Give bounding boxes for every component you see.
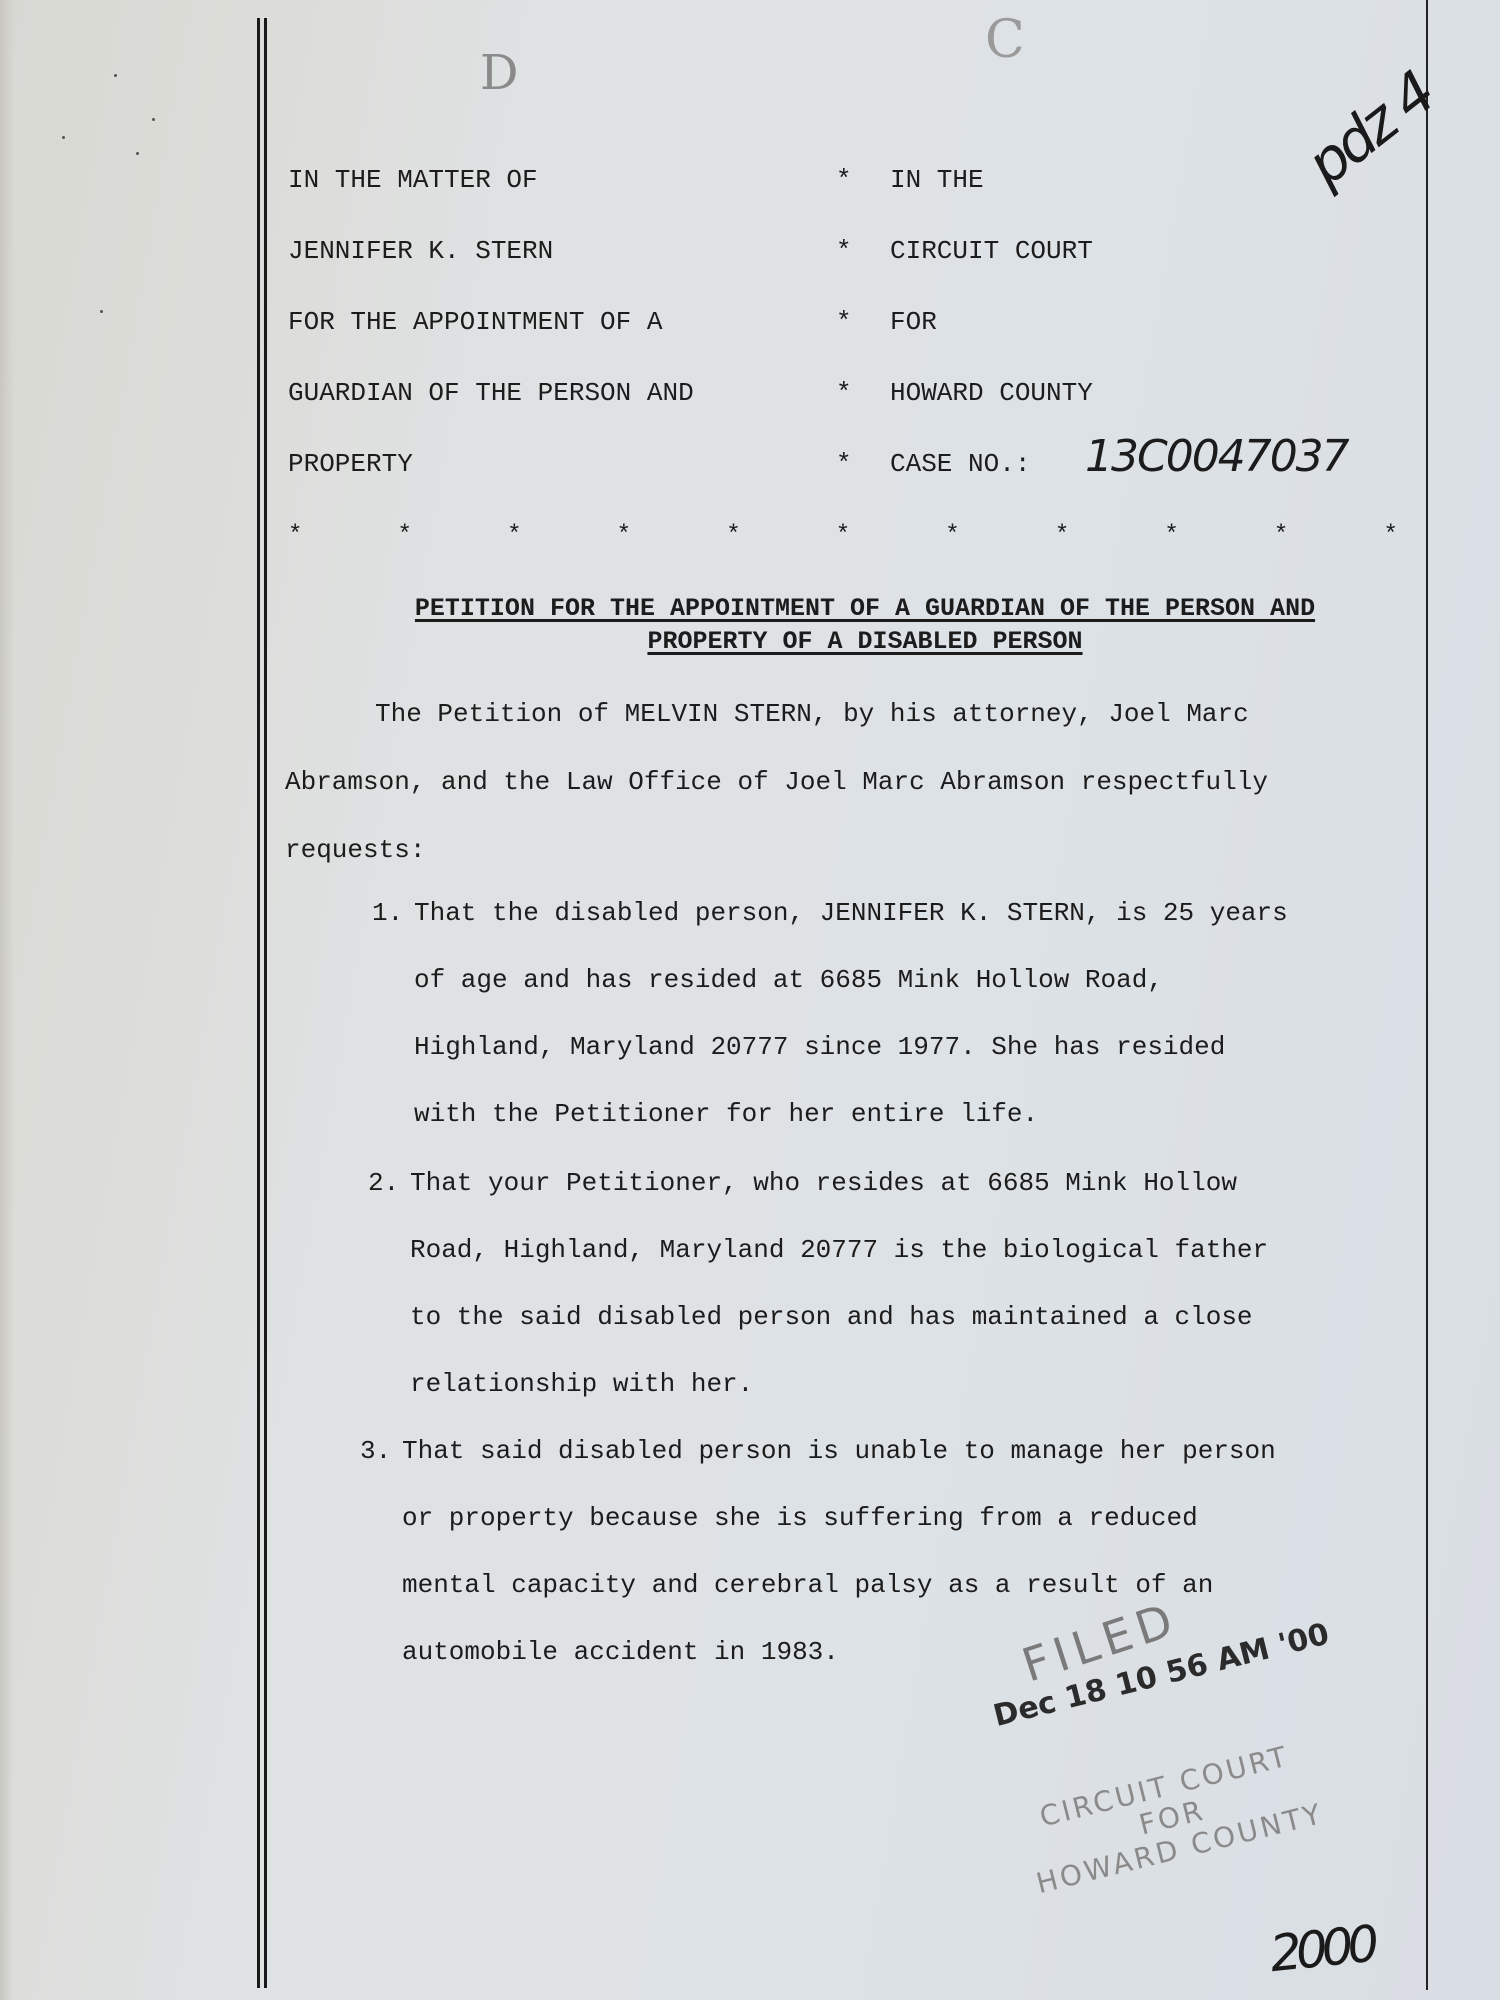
document-title: PETITION FOR THE APPOINTMENT OF A GUARDI… [300, 592, 1430, 658]
case-caption: IN THE MATTER OF * IN THE JENNIFER K. ST… [288, 165, 1418, 520]
title-line-1: PETITION FOR THE APPOINTMENT OF A GUARDI… [415, 594, 1315, 623]
star-divider-mark: * [398, 522, 412, 549]
paper-specks [40, 60, 160, 190]
handwritten-year-note: 2000 [1267, 1915, 1376, 1983]
item-line: mental capacity and cerebral palsy as a … [402, 1552, 1452, 1619]
caption-left: GUARDIAN OF THE PERSON AND [288, 378, 694, 408]
case-number-handwritten: 13C0047037 [1085, 431, 1348, 482]
caption-star-divider: *********** [288, 522, 1398, 549]
intro-line: requests: [285, 816, 1425, 884]
left-margin-rule [257, 18, 260, 1988]
star-divider-mark: * [1274, 522, 1288, 549]
caption-separator: * [836, 236, 852, 266]
star-divider-mark: * [617, 522, 631, 549]
caption-right: FOR [890, 307, 937, 337]
item-line: or property because she is suffering fro… [402, 1485, 1452, 1552]
caption-left: JENNIFER K. STERN [288, 236, 553, 266]
caption-row: JENNIFER K. STERN * CIRCUIT COURT [288, 236, 1418, 307]
caption-right: IN THE [890, 165, 984, 195]
item-number: 2. [368, 1150, 399, 1217]
page-edge-shadow [0, 0, 14, 2000]
item-line: That the disabled person, JENNIFER K. ST… [414, 880, 1464, 947]
caption-separator: * [836, 165, 852, 195]
left-margin-rule-inner [264, 18, 267, 1988]
star-divider-mark: * [1055, 522, 1069, 549]
item-line: to the said disabled person and has main… [410, 1284, 1460, 1351]
intro-paragraph: The Petition of MELVIN STERN, by his att… [285, 680, 1425, 884]
star-divider-mark: * [836, 522, 850, 549]
caption-row: PROPERTY * CASE NO.: 13C0047037 [288, 449, 1418, 520]
star-divider-mark: * [726, 522, 740, 549]
item-line: Highland, Maryland 20777 since 1977. She… [414, 1014, 1464, 1081]
caption-row: IN THE MATTER OF * IN THE [288, 165, 1418, 236]
item-number: 1. [372, 880, 403, 947]
caption-left: IN THE MATTER OF [288, 165, 538, 195]
caption-separator: * [836, 449, 852, 479]
caption-right: CIRCUIT COURT [890, 236, 1093, 266]
caption-separator: * [836, 307, 852, 337]
caption-left: PROPERTY [288, 449, 413, 479]
intro-line: Abramson, and the Law Office of Joel Mar… [285, 748, 1425, 816]
handwritten-mark-d: D [480, 45, 518, 101]
star-divider-mark: * [945, 522, 959, 549]
item-line: of age and has resided at 6685 Mink Holl… [414, 947, 1464, 1014]
title-line-2: PROPERTY OF A DISABLED PERSON [647, 627, 1082, 656]
caption-right-case: CASE NO.: 13C0047037 [890, 449, 1030, 479]
star-divider-mark: * [1164, 522, 1178, 549]
intro-line: The Petition of MELVIN STERN, by his att… [285, 680, 1425, 748]
item-number: 3. [360, 1418, 391, 1485]
case-number-label: CASE NO.: [890, 449, 1030, 479]
filed-stamp-court: CIRCUIT COURT FOR HOWARD COUNTY [1018, 1736, 1327, 1900]
item-line: relationship with her. [410, 1351, 1460, 1418]
item-line: That said disabled person is unable to m… [402, 1418, 1452, 1485]
item-line: with the Petitioner for her entire life. [414, 1081, 1464, 1148]
caption-row: FOR THE APPOINTMENT OF A * FOR [288, 307, 1418, 378]
item-line: Road, Highland, Maryland 20777 is the bi… [410, 1217, 1460, 1284]
caption-right: HOWARD COUNTY [890, 378, 1093, 408]
handwritten-mark-c: C [985, 10, 1025, 70]
star-divider-mark: * [288, 522, 302, 549]
caption-left: FOR THE APPOINTMENT OF A [288, 307, 662, 337]
star-divider-mark: * [507, 522, 521, 549]
item-line: That your Petitioner, who resides at 668… [410, 1150, 1460, 1217]
caption-separator: * [836, 378, 852, 408]
star-divider-mark: * [1383, 522, 1397, 549]
